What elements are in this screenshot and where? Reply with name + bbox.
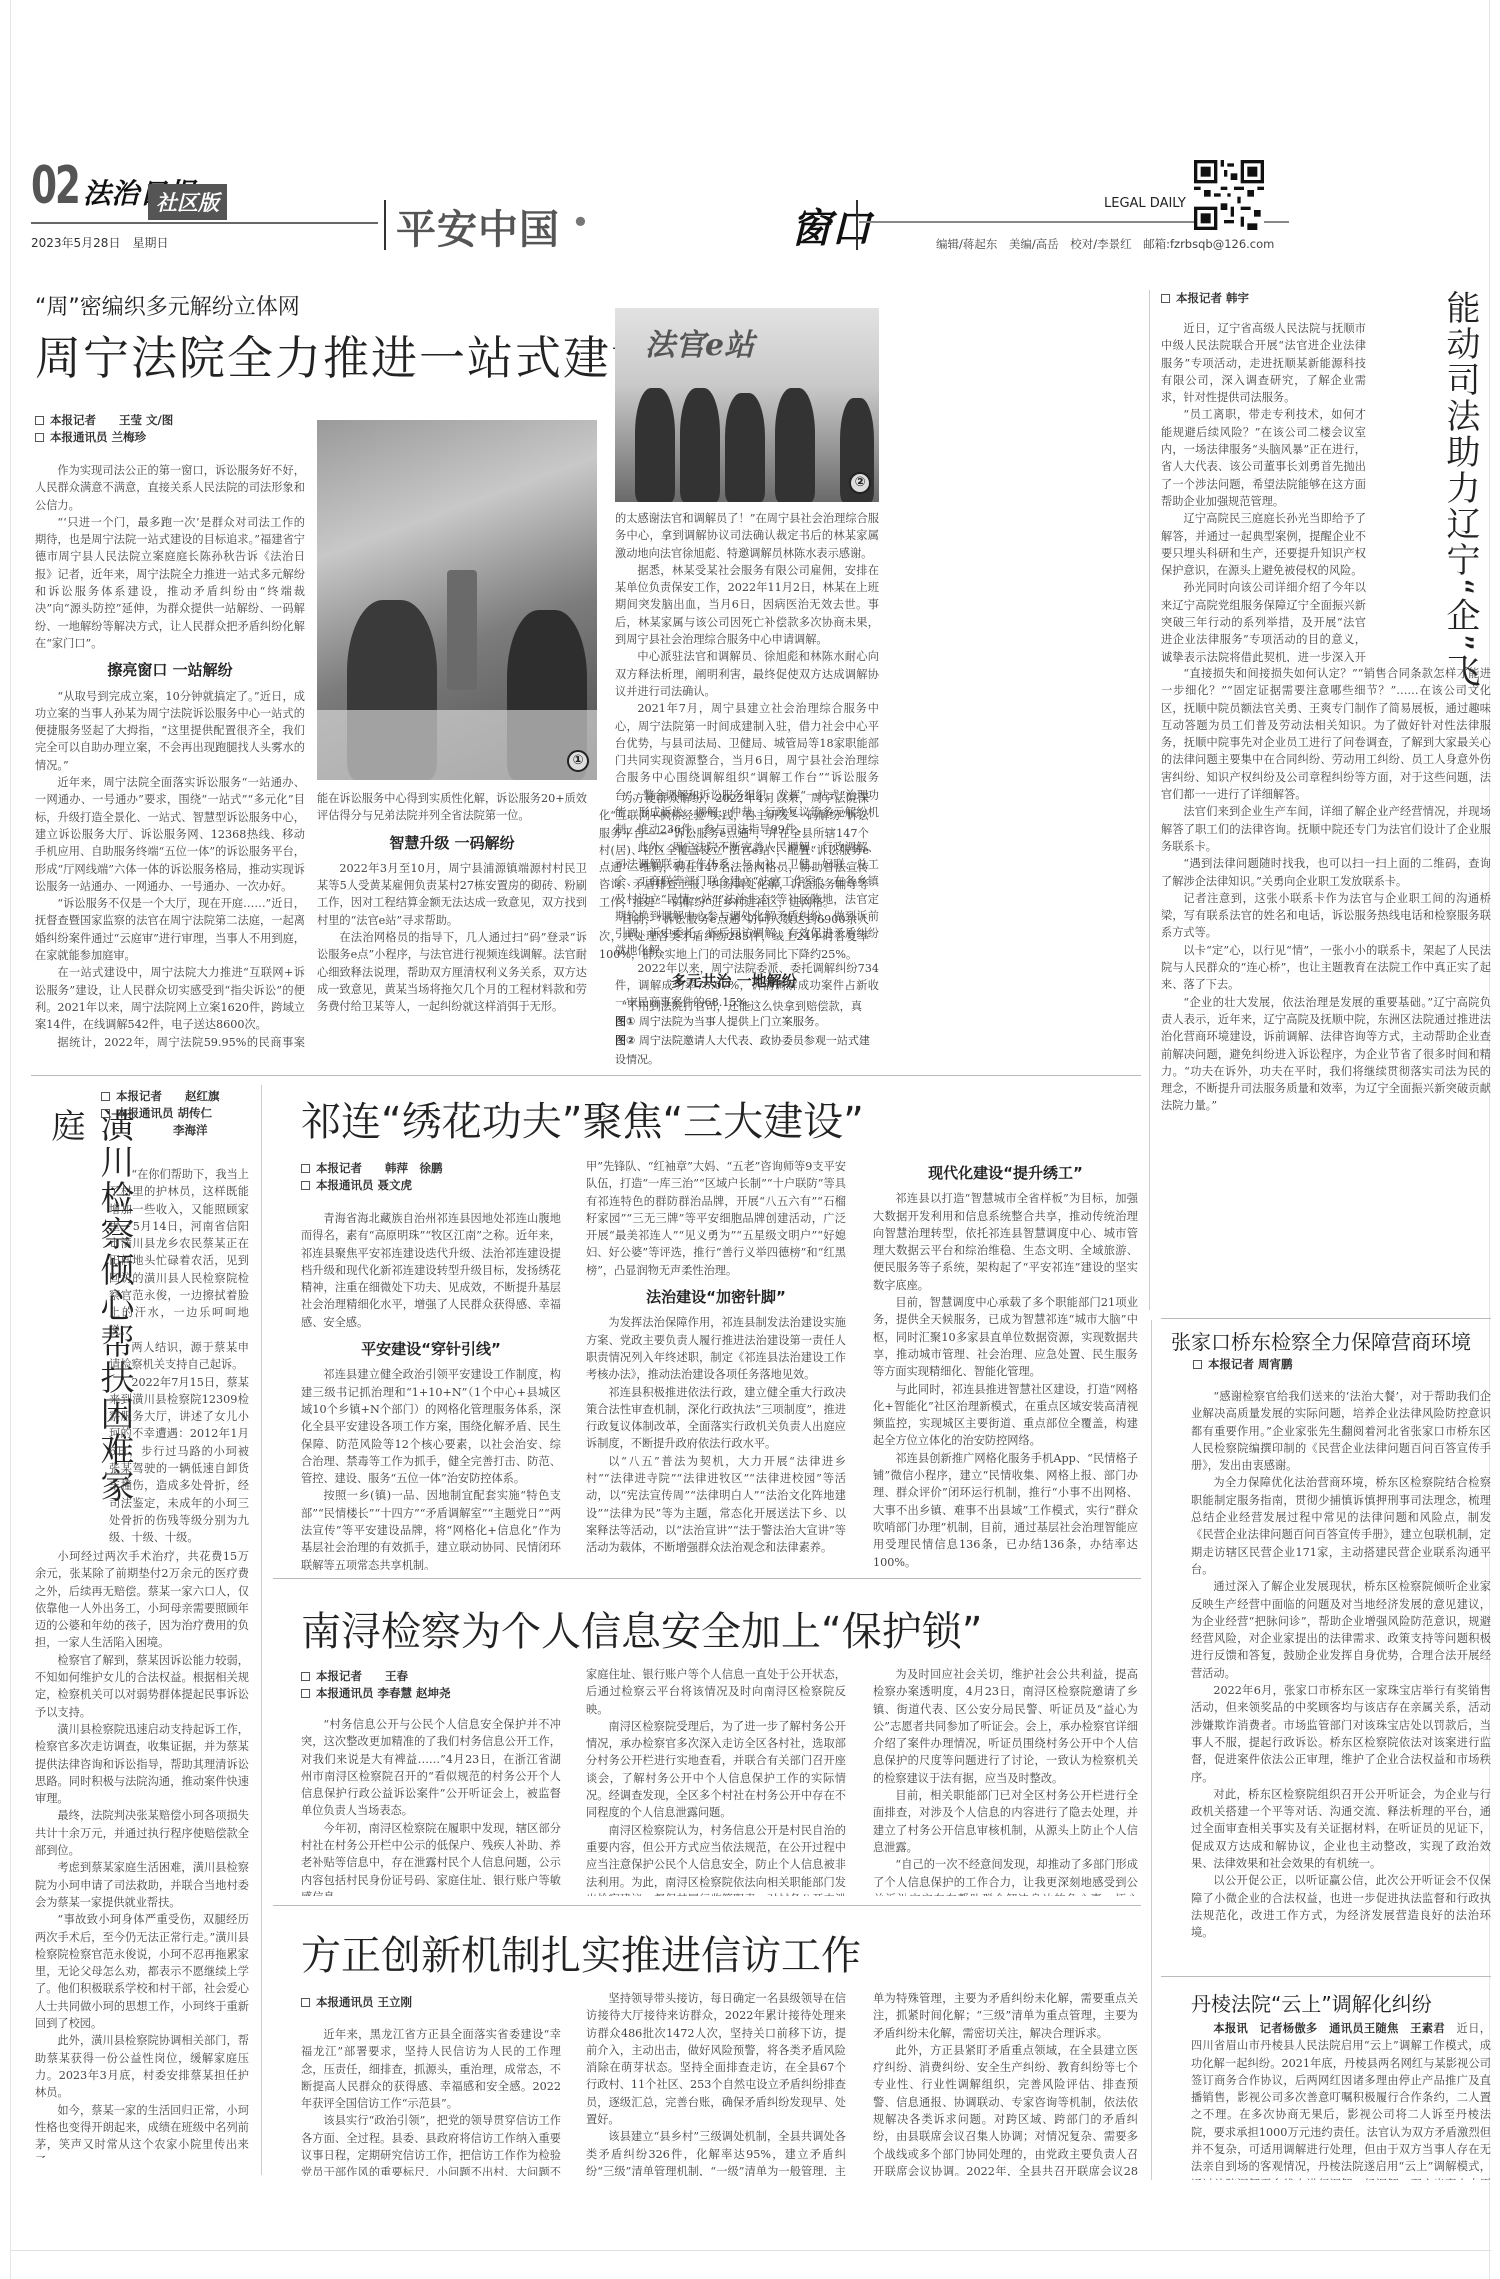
edition-badge: 社区版	[148, 184, 227, 220]
section-divider	[1161, 1318, 1491, 1319]
column-divider	[1151, 1320, 1152, 2180]
column-title: 平安中国	[396, 198, 560, 255]
article-headline: 南浔检察为个人信息安全加上“保护锁”	[301, 1600, 982, 1657]
section-subhead: 平安建设“穿针引线”	[301, 1341, 561, 1358]
article-fangzheng-col3: 单为特殊管理，主要为矛盾纠纷未化解，需要重点关注，抓紧时间化解；“三级”清单为重…	[873, 1990, 1138, 2176]
article-zhangjiakou-body: “感谢检察官给我们送来的‘法治大餐’，对于帮助我们企业解决高质量发展的实际问题，…	[1191, 1388, 1491, 1968]
section-subhead: 法治建设“加密针脚”	[586, 1289, 846, 1306]
qr-code-icon[interactable]	[1194, 160, 1264, 230]
section-divider	[31, 1075, 1141, 1076]
byline: 本报通讯员 兰梅珍	[35, 429, 305, 446]
photo-gutter	[597, 420, 607, 780]
photo-number-badge: ①	[567, 750, 589, 772]
article-nanxun-col2: 家庭住址、银行账户等个人信息一直处于公开状态，后通过检察云平台将该情况及时向南浔…	[586, 1666, 846, 1896]
article-headline: 张家口桥东检察全力保障营商环境	[1171, 1326, 1471, 1355]
article-photo-2: 法官e站 ②	[615, 308, 879, 502]
article-danling-body: 本报讯 记者杨傲多 通讯员王随焦 王素君 近日，四川省眉山市丹棱县人民法院启用“…	[1191, 2020, 1491, 2180]
byline: 本报记者 王莹 文/图	[35, 412, 305, 429]
article-bylines: 本报记者 王莹 文/图 本报通讯员 兰梅珍	[35, 412, 305, 446]
article-liaoning-top: 近日，辽宁省高级人民法院与抚顺市中级人民法院联合开展“法官进企业法律服务”专项活…	[1161, 320, 1366, 662]
photo-number-badge: ②	[849, 472, 871, 494]
byline: 本报通讯员 聂文虎	[301, 1177, 551, 1194]
article-photo-1: ①	[317, 420, 597, 780]
article-qilian-col2: 甲”先锋队、“红袖章”大妈、“五老”咨询师等9支平安队伍，打造“一库三治”“区域…	[586, 1158, 846, 1570]
article-qilian-col3: 现代化建设“提升绣工” 祁连县以打造“智慧城市全省样板”为目标，加强大数据开发利…	[873, 1165, 1138, 1570]
editorial-credits: 编辑/蒋起东 美编/高岳 校对/李景红 邮箱:fzrbsqb@126.com	[936, 236, 1274, 252]
article-liaoning-body: “直接损失和间接损失如何认定？”“销售合同条款怎样才能进一步细化？”“固定证据需…	[1161, 665, 1491, 1310]
column-title-bar-right	[856, 200, 858, 250]
article-nanxun-col1: “村务信息公开与公民个人信息安全保护并不冲突，这次整改更加精准的了我们村务信息公…	[301, 1716, 561, 1896]
article-fangzheng-col1: 近年来，黑龙江省方正县全面落实省委建设“幸福龙江”部署要求，坚持人民信访为人民的…	[301, 2026, 561, 2176]
article-column-2: 能在诉讼服务中心得到实质性化解，诉讼服务20+质效评估得分与兄弟法院并列全省法院…	[317, 790, 587, 1050]
issue-date: 2023年5月28日 星期日	[31, 234, 168, 251]
byline: 本报通讯员 李春慧 赵坤尧	[301, 1685, 551, 1702]
column-subtitle: 窗口	[791, 197, 871, 254]
article-fangzheng-col2: 坚持领导带头接访，每日确定一名县级领导在信访接待大厅接待来访群众，2022年累计…	[586, 1990, 846, 2176]
byline: 本报记者 韩宇	[1161, 290, 1249, 307]
section-divider	[1161, 1976, 1491, 1977]
article-bylines: 本报记者 王春 本报通讯员 李春慧 赵坤尧	[301, 1668, 551, 1702]
column-divider	[261, 1085, 262, 2175]
byline: 记者杨傲多 通讯员王随焦 王素君	[1260, 2022, 1445, 2035]
photo-sign-text: 法官e站	[645, 320, 754, 364]
photo-caption-2: 图② 周宁法院邀请人大代表、政协委员参观一站式建设情况。	[615, 1031, 879, 1069]
section-subhead: 擦亮窗口 一站解纷	[35, 662, 305, 679]
legal-daily-wordmark: LEGAL DAILY	[1104, 196, 1186, 211]
section-divider	[273, 1905, 1141, 1906]
page-bottom-edge	[11, 2250, 1491, 2251]
column-title-bar-left	[384, 200, 386, 250]
section-divider	[273, 1578, 1141, 1579]
article-bylines: 本报记者 赵红旗 本报通讯员 胡传仁 李海洋	[101, 1088, 301, 1139]
photo-captions: 图① 周宁法院为当事人提供上门立案服务。 图② 周宁法院邀请人大代表、政协委员参…	[615, 1012, 879, 1069]
section-subhead: 智慧升级 一码解纷	[317, 835, 587, 852]
column-divider	[1149, 290, 1150, 1310]
article-huangchuan-body: 小珂经过两次手术治疗，共花费15万余元，张某除了前期垫付2万余元的医疗费之外，后…	[35, 1548, 249, 2158]
byline: 本报通讯员 王立刚	[301, 1994, 412, 2011]
article-nanxun-col3: 为及时回应社会关切，维护社会公共利益，提高检察办案透明度，4月23日，南浔区检察…	[873, 1666, 1138, 1896]
article-headline: 丹棱法院“云上”调解化纠纷	[1191, 1988, 1432, 2017]
article-column-4: 的太感谢法官和调解员了！”在周宁县社会治理综合服务中心，拿到调解协议司法确认裁定…	[615, 510, 879, 1010]
byline: 本报记者 王春	[301, 1668, 551, 1685]
article-headline: 方正创新机制扎实推进信访工作	[301, 1924, 861, 1981]
article-qilian-col1: 青海省海北藏族自治州祁连县因地处祁连山腹地而得名，素有“高原明珠”“牧区江南”之…	[301, 1210, 561, 1570]
article-kicker: “周”密编织多元解纷立体网	[35, 290, 300, 321]
column-title-dot: •	[571, 203, 590, 241]
byline: 本报记者 周宵鹏	[1193, 1356, 1293, 1373]
article-huangchuan-top: “在你们帮助下，我当上了村里的护林员，这样既能增加一些收入，又能照顾家里。”5月…	[109, 1166, 249, 1546]
article-headline-vertical: 能动司法助力辽宁“企”飞	[1436, 290, 1485, 690]
header-divider	[31, 222, 378, 224]
byline: 本报记者 韩萍 徐鹏	[301, 1160, 551, 1177]
byline: 李海洋	[101, 1122, 301, 1139]
page-number: 02	[31, 160, 79, 212]
photo-caption-1: 图① 周宁法院为当事人提供上门立案服务。	[615, 1012, 879, 1031]
article-column-1: 作为实现司法公正的第一窗口，诉讼服务好不好，人民群众满意不满意，直接关系人民法院…	[35, 462, 305, 1052]
article-headline: 祁连“绣花功夫”聚焦“三大建设”	[301, 1090, 864, 1147]
byline: 本报通讯员 胡传仁	[101, 1105, 301, 1122]
newspaper-page: 02 法治日报 社区版 2023年5月28日 星期日 平安中国 • 窗口 LEG…	[10, 0, 1490, 2279]
article-bylines: 本报记者 韩萍 徐鹏 本报通讯员 聂文虎	[301, 1160, 551, 1194]
byline: 本报记者 赵红旗	[101, 1088, 301, 1105]
section-subhead: 现代化建设“提升绣工”	[873, 1165, 1138, 1182]
article-headline: 周宁法院全力推进一站式建设	[35, 322, 659, 388]
byline-prefix: 本报讯	[1213, 2022, 1248, 2035]
